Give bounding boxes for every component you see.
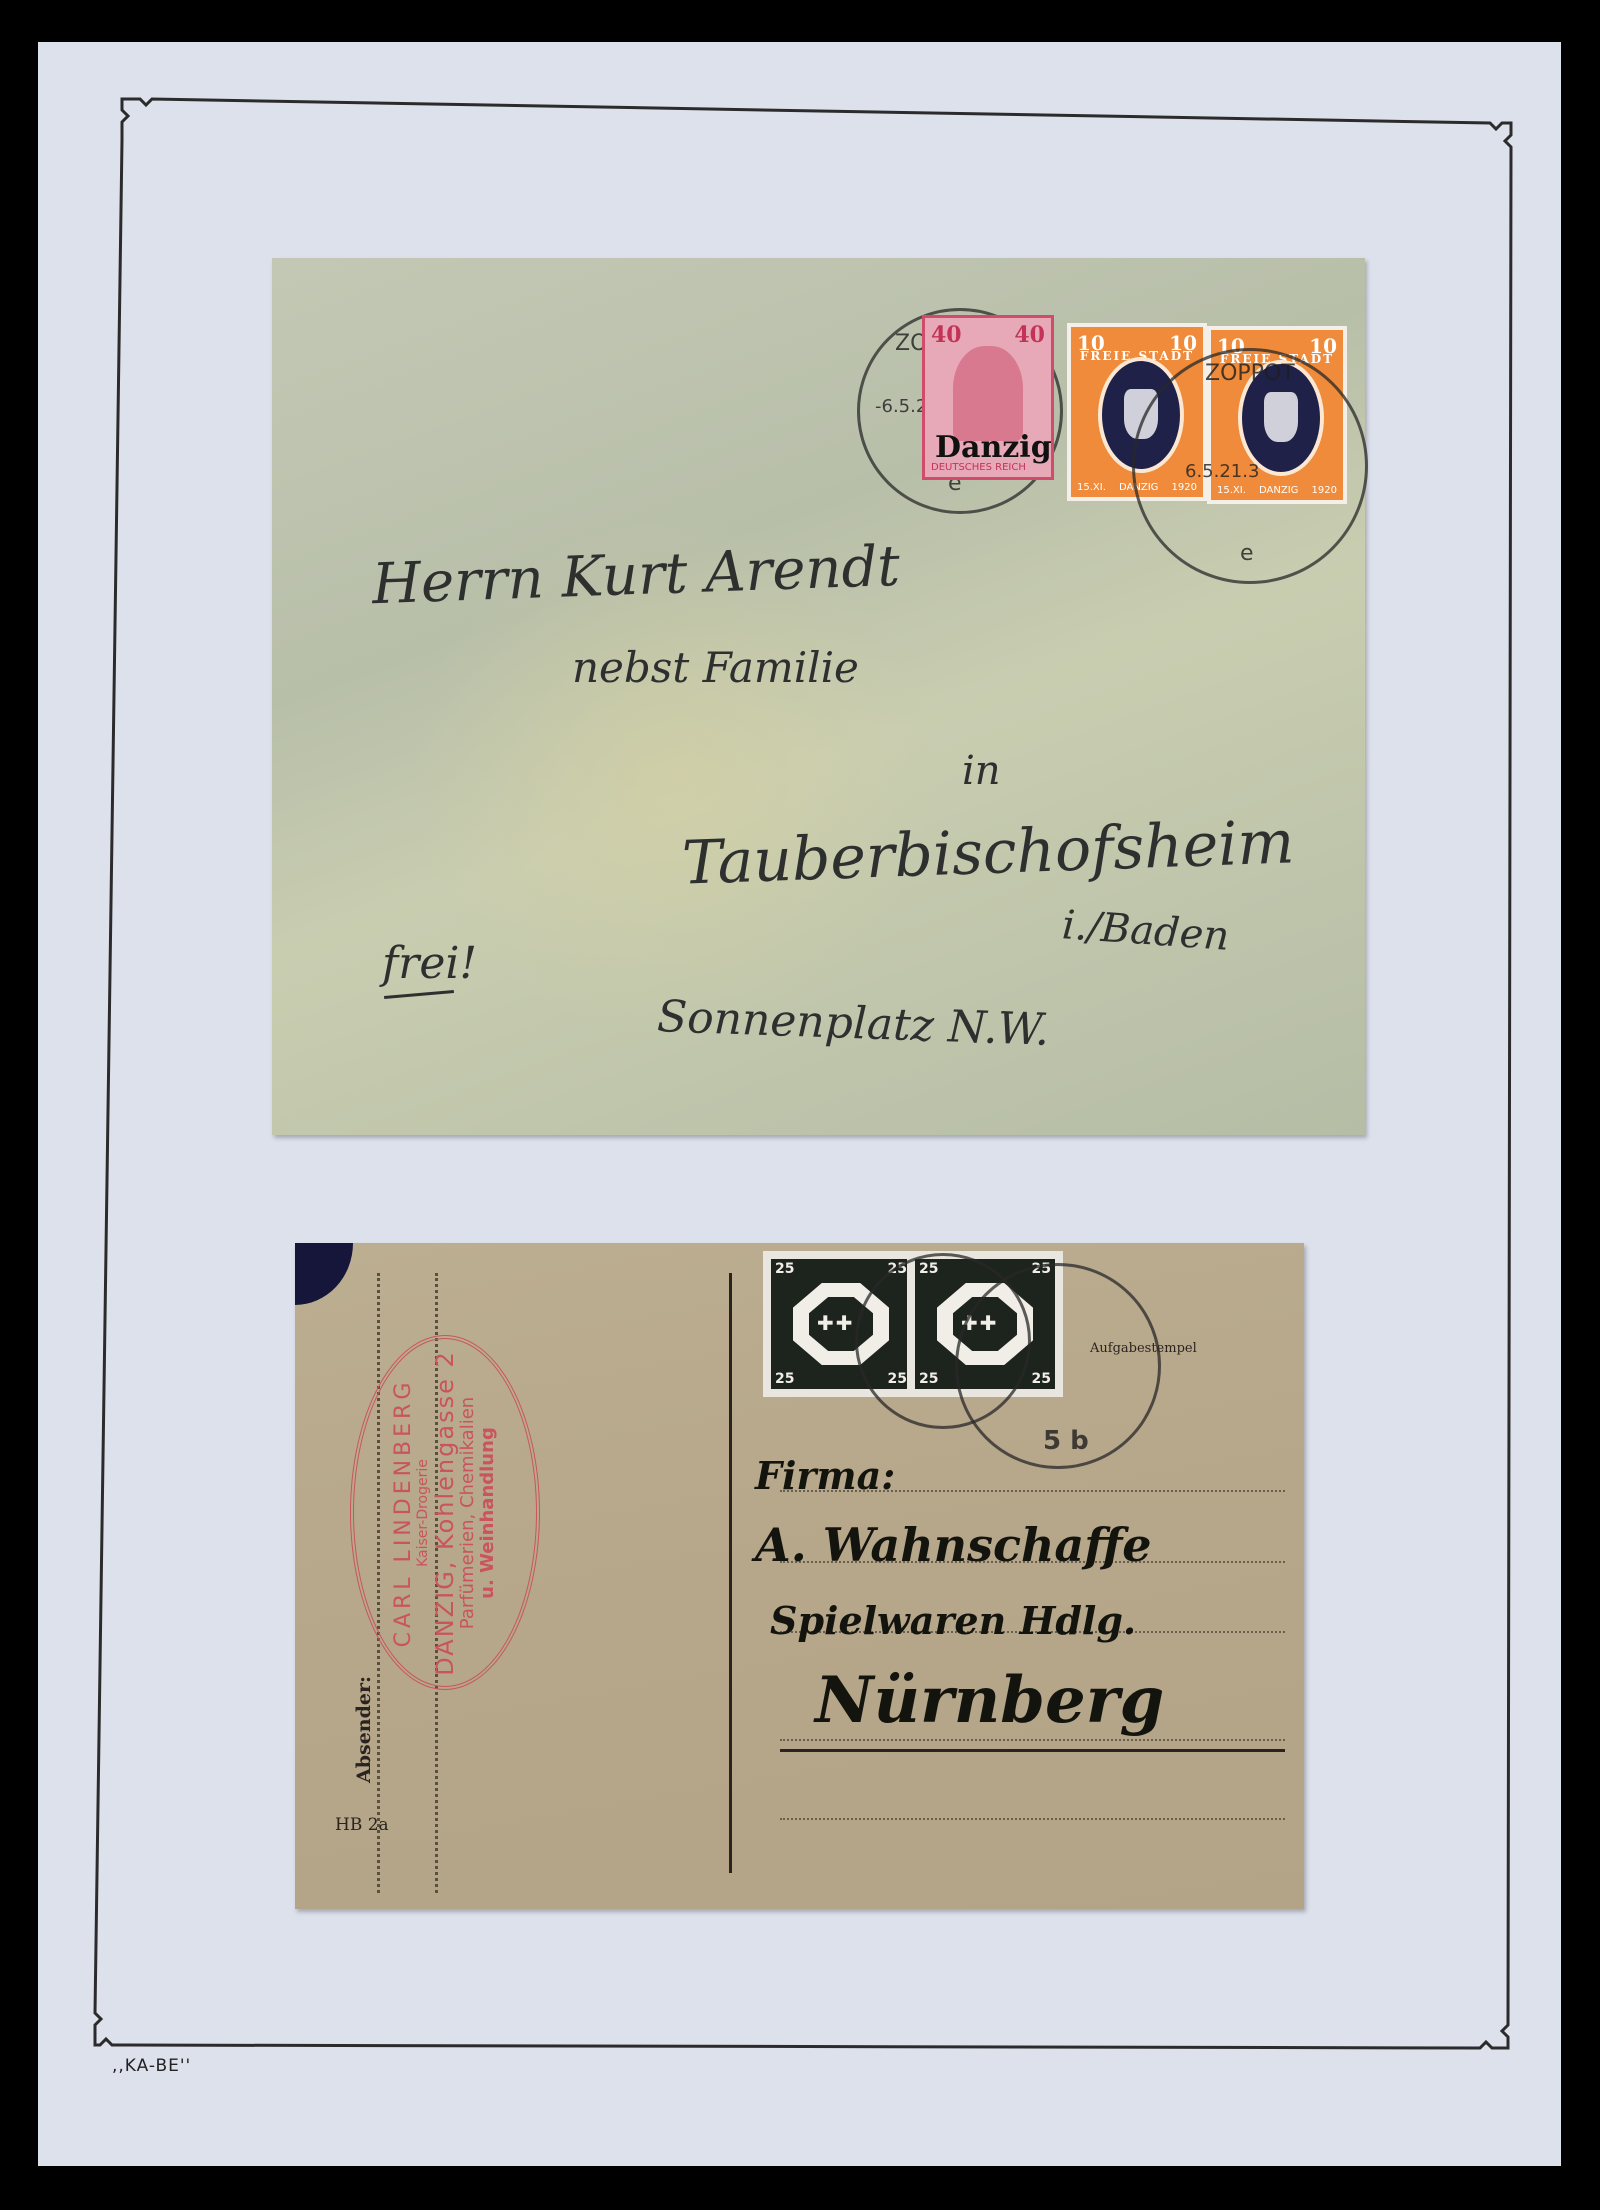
address-line: i./Baden	[1061, 902, 1231, 960]
address-line: Spielwaren Hdlg.	[770, 1598, 1136, 1643]
address-dotted-line	[780, 1739, 1285, 1741]
aufgabestempel-label: Aufgabestempel	[1090, 1341, 1197, 1356]
address-line: Nürnberg	[815, 1663, 1164, 1738]
corner-mount-mark	[295, 1243, 353, 1305]
sender-stamp-text: CARL LINDENBERG Kaiser-Drogerie DANZIG, …	[392, 1350, 498, 1676]
postcard: CARL LINDENBERG Kaiser-Drogerie DANZIG, …	[295, 1243, 1304, 1909]
postmark-2: ZOPPOT 6.5.21.3 e	[1132, 348, 1368, 584]
address-line: in	[962, 748, 1001, 794]
cross-icon: ✚✚	[817, 1311, 855, 1335]
address-dotted-line	[780, 1818, 1285, 1820]
address-line: nebst Familie	[572, 643, 859, 692]
frei-note: frei!	[382, 938, 477, 989]
stamp-germania-40: 40 40 DEUTSCHES REICH Danzig	[922, 315, 1054, 480]
germania-figure	[953, 346, 1023, 441]
frei-underline	[384, 990, 454, 999]
address-line: Sonnenplatz N.W.	[656, 991, 1050, 1056]
absender-label: Absender:	[353, 1676, 375, 1783]
address-underline	[780, 1749, 1285, 1752]
address-line: Firma:	[755, 1453, 895, 1498]
postmark-4: 5 b	[955, 1263, 1161, 1469]
danzig-overprint: Danzig	[935, 430, 1052, 465]
postcard-divider	[729, 1273, 732, 1873]
address-line: A. Wahnschaffe	[755, 1518, 1152, 1572]
envelope-cover: ZO -6.5.21.3-4N. e 40 40 DEUTSCHES REICH…	[272, 258, 1365, 1135]
publisher-logo: HB	[335, 1815, 362, 1835]
publisher-mark: ,,KA-BE''	[112, 2056, 191, 2076]
form-number: HB 2a	[335, 1815, 389, 1835]
